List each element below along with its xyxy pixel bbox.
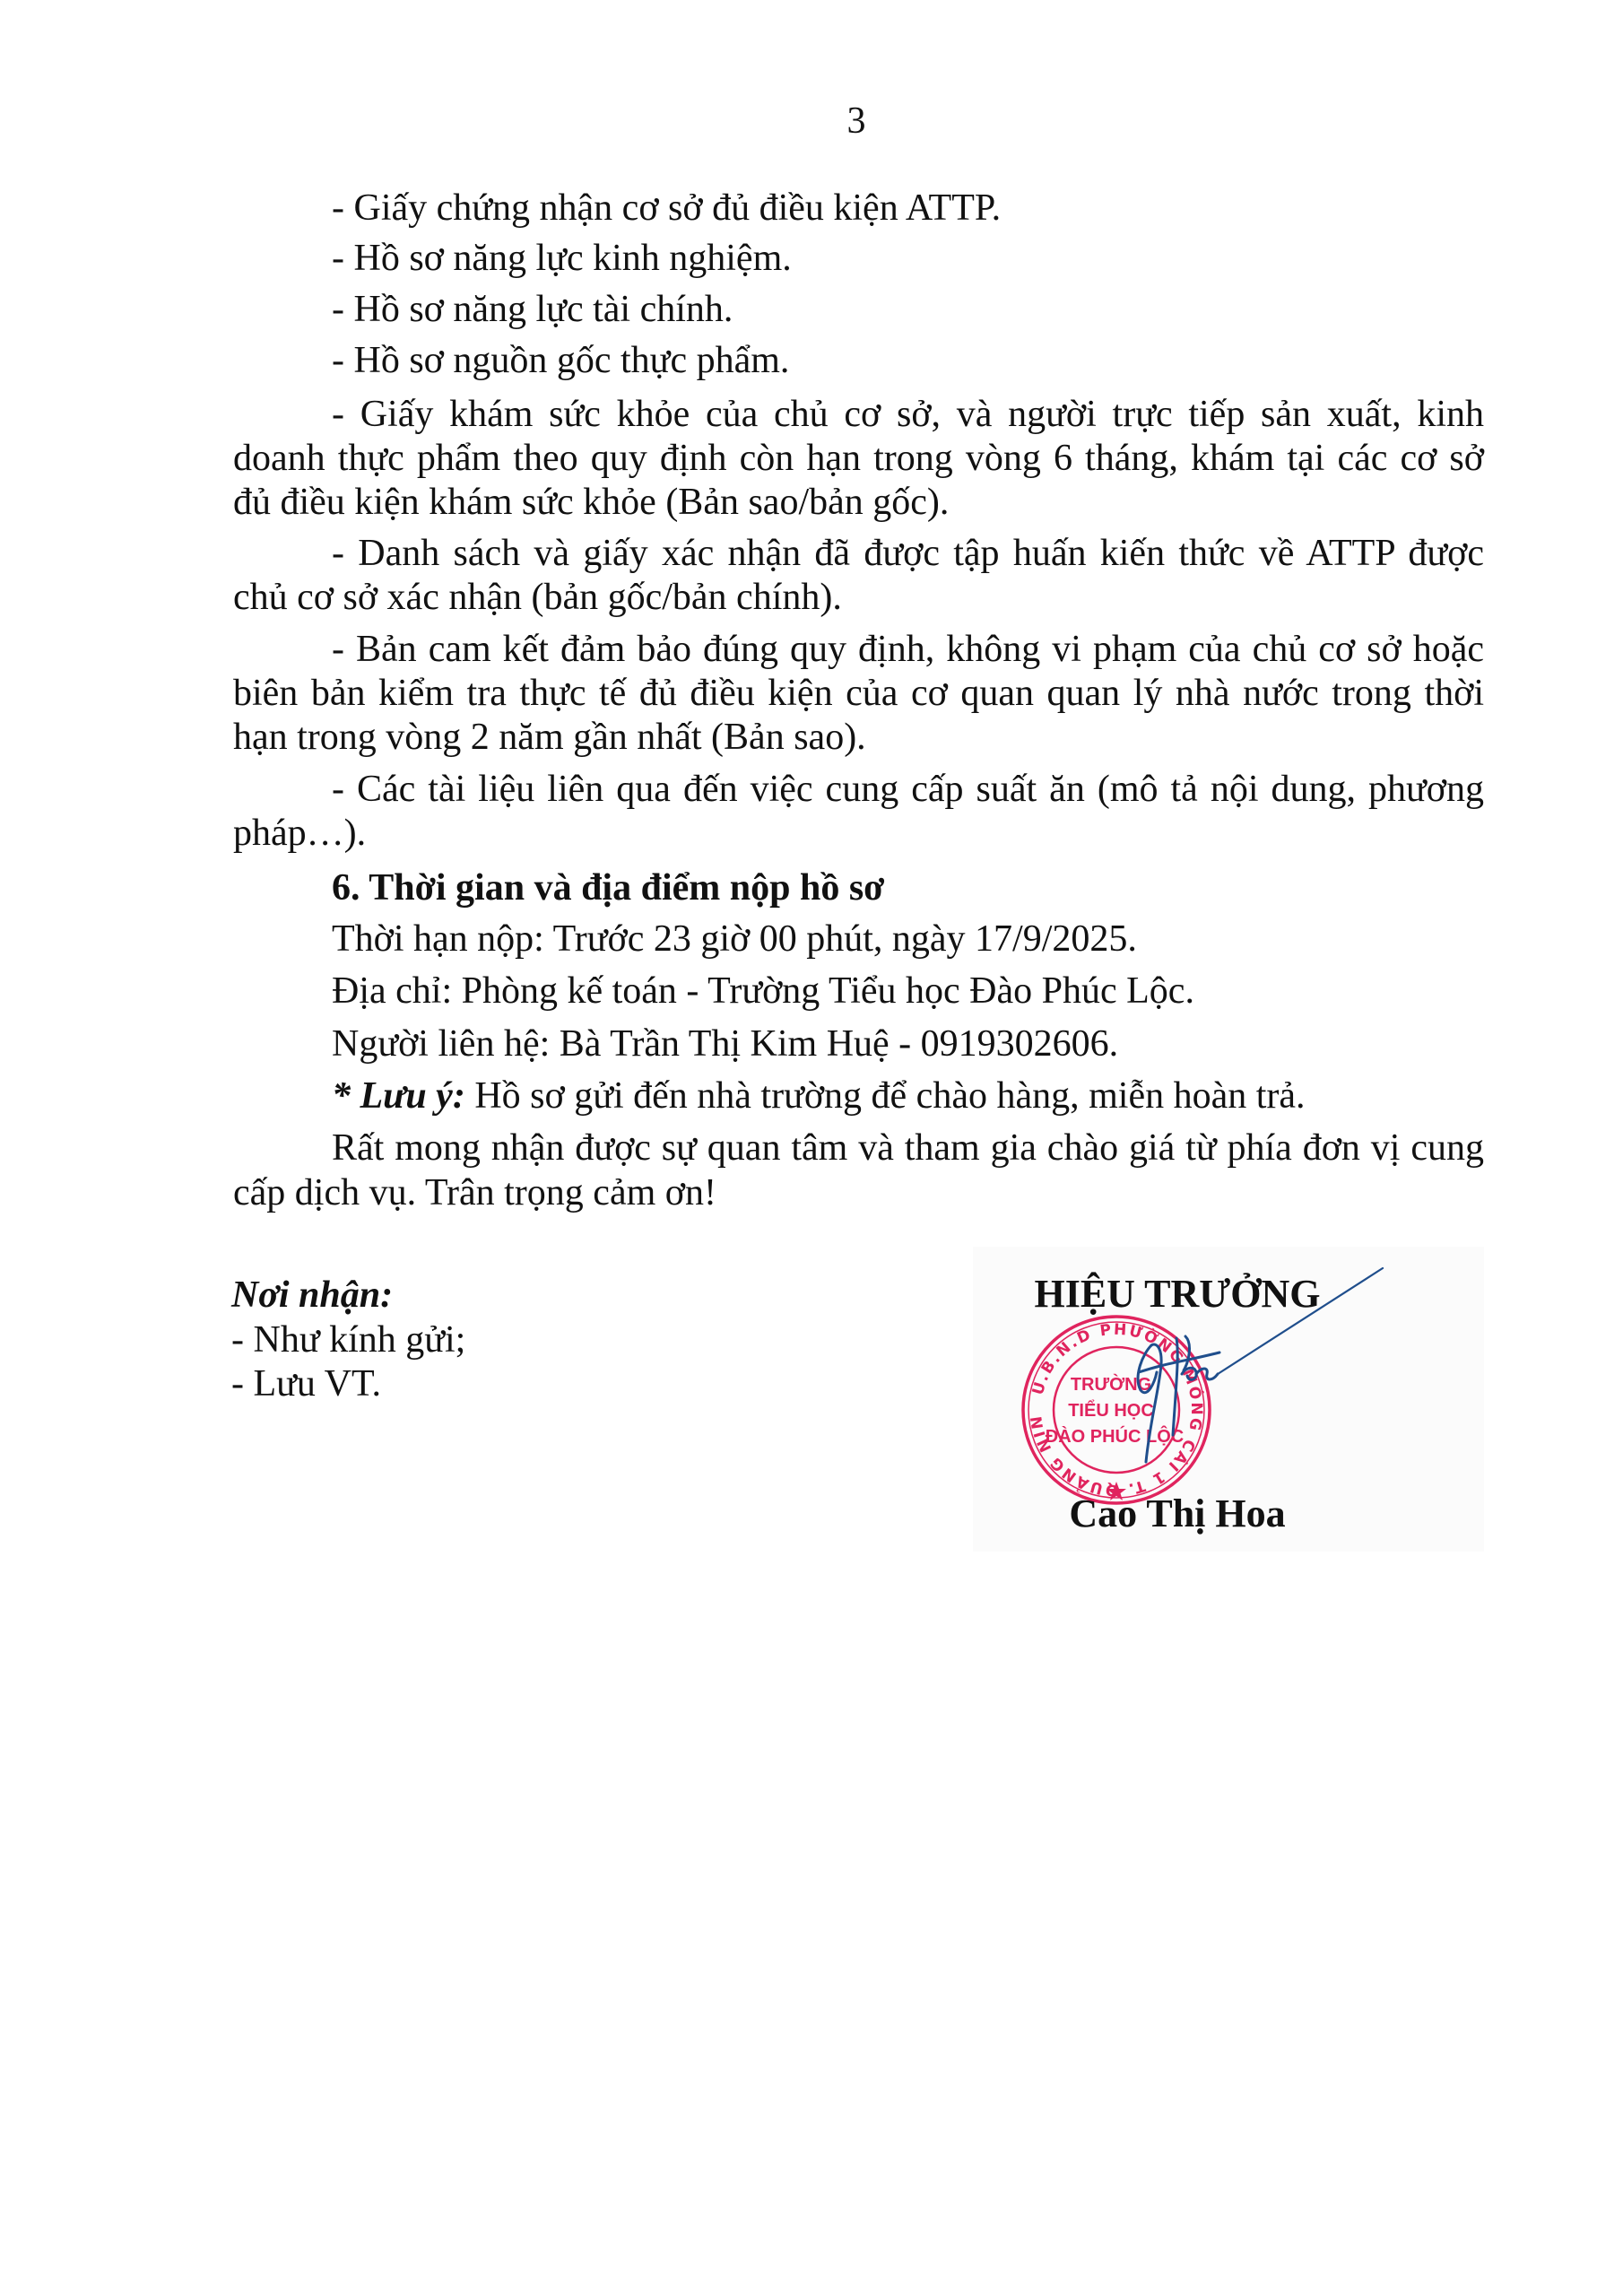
note-text: Hồ sơ gửi đến nhà trường để chào hàng, m… [465,1075,1306,1117]
list-item: - Hồ sơ nguồn gốc thực phẩm. [332,338,789,383]
documents-line-2: pháp…). [233,811,366,856]
page-number: 3 [811,99,901,143]
health-cert-line-2: doanh thực phẩm theo quy định còn hạn tr… [233,436,1484,481]
recipients-block: Nơi nhận: - Như kính gửi; - Lưu VT. [231,1274,465,1407]
contact-text: Người liên hệ: Bà Trần Thị Kim Huệ - 091… [332,1022,1118,1066]
documents-line-1: - Các tài liệu liên qua đến việc cung cấ… [332,767,1484,812]
training-line-2: chủ cơ sở xác nhận (bản gốc/bản chính). [233,575,842,620]
list-item: - Hồ sơ năng lực kinh nghiệm. [332,236,792,281]
recipient-item: - Lưu VT. [231,1362,465,1407]
commitment-line-2: biên bản kiểm tra thực tế đủ điều kiện c… [233,671,1484,716]
health-cert-line-1: - Giấy khám sức khỏe của chủ cơ sở, và n… [332,392,1484,437]
signer-name: Cao Thị Hoa [998,1492,1357,1536]
note-line: * Lưu ý: Hồ sơ gửi đến nhà trường để chà… [332,1074,1306,1118]
deadline-text: Thời hạn nộp: Trước 23 giờ 00 phút, ngày… [332,917,1137,961]
address-text: Địa chỉ: Phòng kế toán - Trường Tiểu học… [332,969,1194,1013]
recipient-item: - Như kính gửi; [231,1318,465,1363]
training-line-1: - Danh sách và giấy xác nhận đã được tập… [332,531,1484,576]
handwritten-signature-icon [1130,1256,1399,1507]
closing-line-2: cấp dịch vụ. Trân trọng cảm ơn! [233,1170,716,1215]
recipients-label: Nơi nhận: [231,1274,465,1318]
commitment-line-3: hạn trong vòng 2 năm gần nhất (Bản sao). [233,715,866,760]
note-label: * Lưu ý: [332,1075,465,1117]
commitment-line-1: - Bản cam kết đảm bảo đúng quy định, khô… [332,627,1484,672]
closing-line-1: Rất mong nhận được sự quan tâm và tham g… [332,1126,1484,1170]
section-6-heading: 6. Thời gian và địa điểm nộp hồ sơ [332,865,884,910]
list-item: - Hồ sơ năng lực tài chính. [332,287,733,332]
health-cert-line-3: đủ điều kiện khám sức khỏe (Bản sao/bản … [233,480,949,525]
list-item: - Giấy chứng nhận cơ sở đủ điều kiện ATT… [332,186,1001,230]
